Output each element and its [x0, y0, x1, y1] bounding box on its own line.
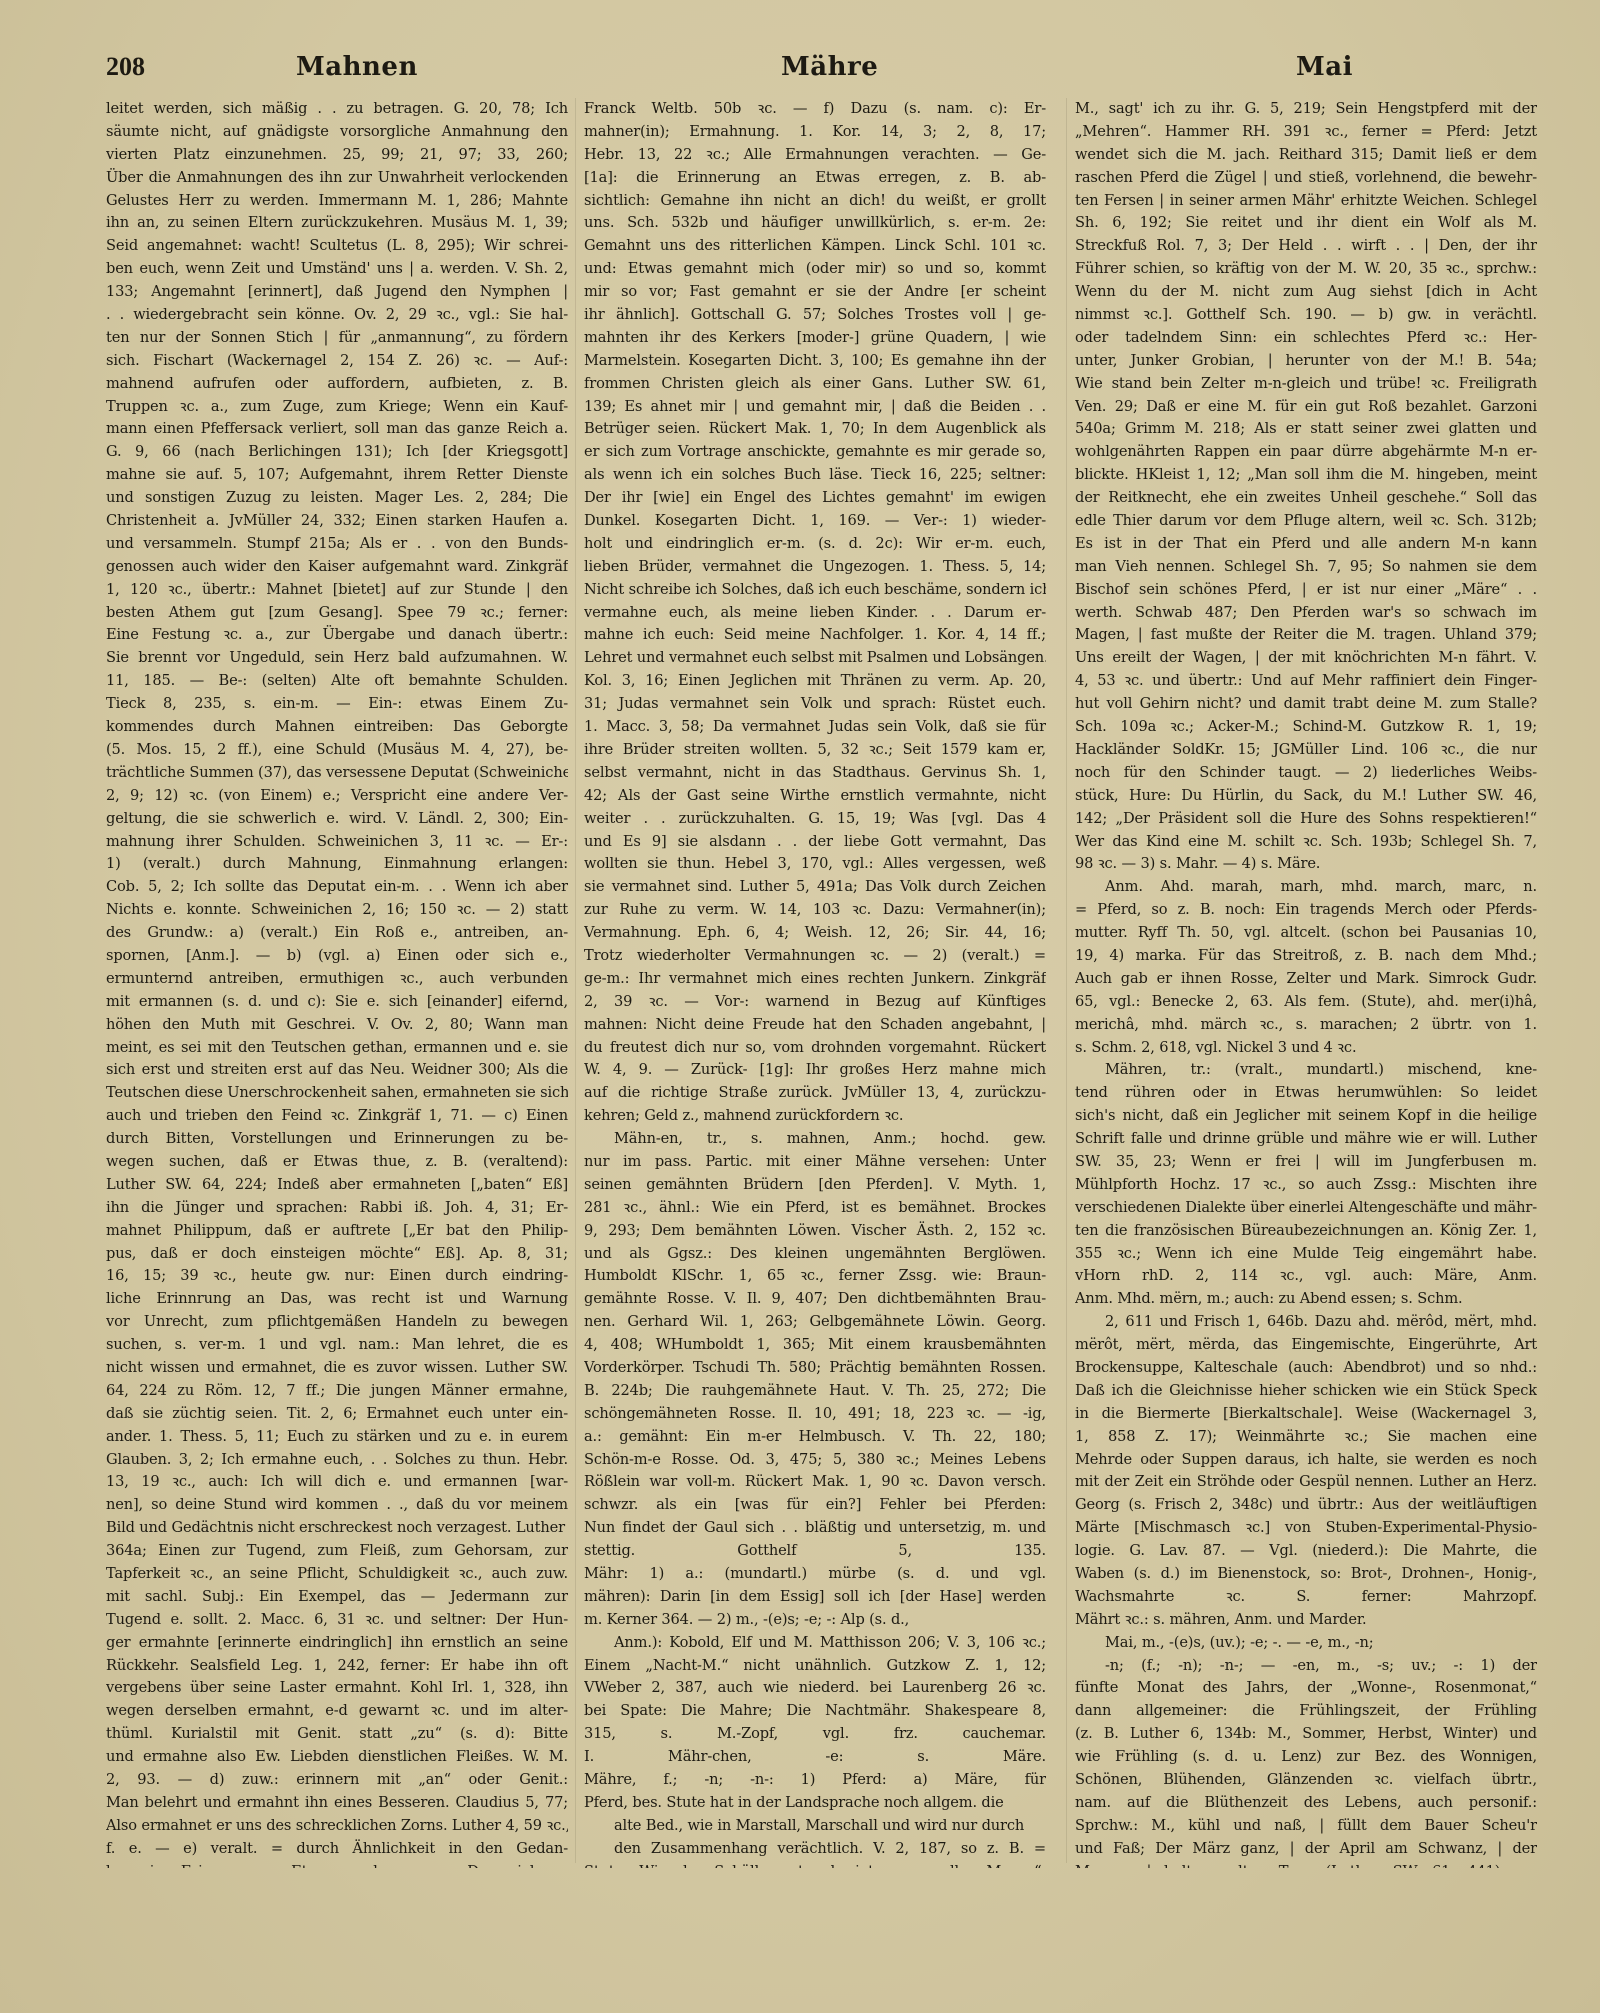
text-line: 13, 19 ꝛc., auch: Ich will dich e. und e…	[106, 1471, 568, 1494]
text-line: schöngemähneten Rosse. Il. 10, 491; 18, …	[584, 1403, 1046, 1426]
text-line: du freutest dich nur so, vom drohnden vo…	[584, 1037, 1046, 1060]
text-line: noch für den Schinder taugt. — 2) lieder…	[1075, 762, 1537, 785]
text-line: [1a]: die Erinnerung an Etwas erregen, z…	[584, 167, 1046, 190]
text-line: „Mehren“. Hammer RH. 391 ꝛc., ferner = P…	[1075, 121, 1537, 144]
text-line: M., sagt' ich zu ihr. G. 5, 219; Sein He…	[1075, 98, 1537, 121]
text-line: Wer das Kind eine M. schilt ꝛc. Sch. 193…	[1075, 831, 1537, 854]
text-line: a.: gemähnt: Ein m-er Helmbusch. V. Th. …	[584, 1426, 1046, 1449]
text-line: Waben (s. d.) im Bienenstock, so: Brot-,…	[1075, 1563, 1537, 1586]
text-line: mahne ich euch: Seid meine Nachfolger. 1…	[584, 624, 1046, 647]
column-middle: Franck Weltb. 50b ꝛc. — f) Dazu (s. nam.…	[584, 98, 1046, 1868]
text-line: wollten sie thun. Hebel 3, 170, vgl.: Al…	[584, 853, 1046, 876]
guide-word-right: Mai	[1296, 52, 1353, 82]
text-line: nam. auf die Blüthenzeit des Lebens, auc…	[1075, 1792, 1537, 1815]
text-line: nen], so deine Stund wird kommen . ., da…	[106, 1494, 568, 1517]
text-line: ge-m.: Ihr vermahnet mich eines rechten …	[584, 968, 1046, 991]
text-line: weiter . . zurückzuhalten. G. 15, 19; Wa…	[584, 808, 1046, 831]
text-line: und versammeln. Stumpf 215a; Als er . . …	[106, 533, 568, 556]
text-line: 355 ꝛc.; Wenn ich eine Mulde Teig eingem…	[1075, 1243, 1537, 1266]
text-line: Franck Weltb. 50b ꝛc. — f) Dazu (s. nam.…	[584, 98, 1046, 121]
text-line: mir so vor; Fast gemahnt er sie der Andr…	[584, 281, 1046, 304]
text-line: logie. G. Lav. 87. — Vgl. (niederd.): Di…	[1075, 1540, 1537, 1563]
text-line: in die Biermerte [Bierkaltschale]. Weise…	[1075, 1403, 1537, 1426]
guide-word-left: Mahnen	[296, 52, 418, 82]
text-line: . . wiedergebracht sein könne. Ov. 2, 29…	[106, 304, 568, 327]
text-line: m. Kerner 364. — 2) m., -(e)s; -e; -: Al…	[584, 1609, 1046, 1632]
text-line: und sonstigen Zuzug zu leisten. Mager Le…	[106, 487, 568, 510]
text-line: spornen, [Anm.]. — b) (vgl. a) Einen ode…	[106, 945, 568, 968]
text-line: Sprchw.: M., kühl und naß, | füllt dem B…	[1075, 1815, 1537, 1838]
text-line: säumte nicht, auf gnädigste vorsorgliche…	[106, 121, 568, 144]
text-line: Dunkel. Kosegarten Dicht. 1, 169. — Ver-…	[584, 510, 1046, 533]
column-gutter-2	[1066, 98, 1067, 1863]
text-line: wohlgenährten Rappen ein paar dürre abge…	[1075, 441, 1537, 464]
text-line: Bild und Gedächtnis nicht erschreckest n…	[106, 1517, 568, 1540]
text-line: Rückkehr. Sealsfield Leg. 1, 242, ferner…	[106, 1655, 568, 1678]
text-line: mërôt, mërt, mërda, das Eingemischte, Ei…	[1075, 1334, 1537, 1357]
text-line: seinen gemähnten Brüdern [den Pferden]. …	[584, 1174, 1046, 1197]
text-line: des Grundw.: a) (veralt.) Ein Roß e., an…	[106, 922, 568, 945]
dictionary-entry-headline: -n; (f.; -n); -n-; — -en, m., -s; uv.; -…	[1075, 1655, 1537, 1678]
text-line: daß sie züchtig seien. Tit. 2, 6; Ermahn…	[106, 1403, 568, 1426]
text-line: man Vieh nennen. Schlegel Sh. 7, 95; So …	[1075, 556, 1537, 579]
text-line: Gelustes Herr zu werden. Immermann M. 1,…	[106, 190, 568, 213]
text-line: merichâ, mhd. märch ꝛc., s. marachen; 2 …	[1075, 1014, 1537, 1037]
text-line: 142; „Der Präsident soll die Hure des So…	[1075, 808, 1537, 831]
text-line: sichtlich: Gemahne ihn nicht an dich! du…	[584, 190, 1046, 213]
text-line: hut voll Gehirn nicht? und damit trabt d…	[1075, 693, 1537, 716]
text-line: sie vermahnet sind. Luther 5, 491a; Das …	[584, 876, 1046, 899]
text-line: besten Athem gut [zum Gesang]. Spee 79 ꝛ…	[106, 602, 568, 625]
text-line: mit der Zeit ein Ströhde oder Gespül nen…	[1075, 1471, 1537, 1494]
text-line: G. 9, 66 (nach Berlichingen 131); Ich [d…	[106, 441, 568, 464]
text-line: und als Ggsz.: Des kleinen ungemähnten B…	[584, 1243, 1046, 1266]
dictionary-entry-headline: Anm.): Kobold, Elf und M. Matthisson 206…	[584, 1632, 1046, 1655]
text-line: Wie stand bein Zelter m-n-gleich und trü…	[1075, 373, 1537, 396]
text-line: 31; Judas vermahnet sein Volk und sprach…	[584, 693, 1046, 716]
text-line: 19, 4) marka. Für das Streitroß, z. B. n…	[1075, 945, 1537, 968]
text-line: Tieck 8, 235, s. ein-m. — Ein-: etwas Ei…	[106, 693, 568, 716]
dictionary-entry-headline: alte Bed., wie in Marstall, Marschall un…	[584, 1815, 1046, 1838]
text-line: fünfte Monat des Jahrs, der „Wonne-, Ros…	[1075, 1677, 1537, 1700]
text-line: Schönen, Blühenden, Glänzenden ꝛc. vielf…	[1075, 1769, 1537, 1792]
text-line: Sch. 109a ꝛc.; Acker-M.; Schind-M. Gutzk…	[1075, 716, 1537, 739]
text-line: Betrüger seien. Rückert Mak. 1, 70; In d…	[584, 418, 1046, 441]
text-line: Vorderkörper. Tschudi Th. 580; Prächtig …	[584, 1357, 1046, 1380]
text-line: frommen Christen gleich als einer Gans. …	[584, 373, 1046, 396]
text-line: mähren): Darin [in dem Essig] soll ich […	[584, 1586, 1046, 1609]
text-line: nicht wissen und ermahnet, die es zuvor …	[106, 1357, 568, 1380]
text-line: Ven. 29; Daß er eine M. für ein gut Roß …	[1075, 396, 1537, 419]
text-line: f. e. — e) veralt. = durch Ähnlichkeit i…	[106, 1838, 568, 1861]
text-line: Schrift falle und drinne grüble und mähr…	[1075, 1128, 1537, 1151]
text-line: 2, 39 ꝛc. — Vor-: warnend in Bezug auf K…	[584, 991, 1046, 1014]
text-line: mahne sie auf. 5, 107; Aufgemahnt, ihrem…	[106, 464, 568, 487]
text-line: ihn die Jünger und sprachen: Rabbi iß. J…	[106, 1197, 568, 1220]
text-line: VWeber 2, 387, auch wie niederd. bei Lau…	[584, 1677, 1046, 1700]
dictionary-entry-headline: Mai, m., -(e)s, (uv.); -e; -. — -e, m., …	[1075, 1632, 1537, 1655]
text-line: mahnten ihr des Kerkers [moder-] grüne Q…	[584, 327, 1046, 350]
text-line: werth. Schwab 487; Den Pferden war's so …	[1075, 602, 1537, 625]
text-line: 315, s. M.-Zopf, vgl. frz. cauchemar.	[584, 1723, 1046, 1746]
dictionary-entry-headline: Mähren, tr.: (vralt., mundartl.) mischen…	[1075, 1059, 1537, 1082]
text-line: Nun findet der Gaul sich . . bläßtig und…	[584, 1517, 1046, 1540]
text-line: liche Erinnrung an Das, was recht ist un…	[106, 1288, 568, 1311]
text-line: ten die französischen Büreaubezeichnunge…	[1075, 1220, 1537, 1243]
column-gutter-1	[575, 98, 576, 1863]
text-line: unter, Junker Grobian, | herunter von de…	[1075, 350, 1537, 373]
text-line: sich. Fischart (Wackernagel 2, 154 Z. 26…	[106, 350, 568, 373]
text-line: blickte. HKleist 1, 12; „Man soll ihm di…	[1075, 464, 1537, 487]
text-line: 1) (veralt.) durch Mahnung, Einmahnung e…	[106, 853, 568, 876]
text-line: Truppen ꝛc. a., zum Zuge, zum Kriege; We…	[106, 396, 568, 419]
column-left: leitet werden, sich mäßig . . zu betrage…	[106, 98, 568, 1868]
text-line: trächtliche Summen (37), das versessene …	[106, 762, 568, 785]
text-line: Humboldt KlSchr. 1, 65 ꝛc., ferner Zssg.…	[584, 1265, 1046, 1288]
text-line: Stute: Wie der Schälhengst schreiet gege…	[584, 1861, 1046, 1868]
text-line: Mähr: 1) a.: (mundartl.) mürbe (s. d. un…	[584, 1563, 1046, 1586]
text-line: wegen suchen, daß er Etwas thue, z. B. (…	[106, 1151, 568, 1174]
text-line: selbst vermahnt, nicht in das Stadthaus.…	[584, 762, 1046, 785]
text-line: uns. Sch. 532b und häufiger unwillkürlic…	[584, 212, 1046, 235]
dictionary-entry-headline: 2, 611 und Frisch 1, 646b. Dazu ahd. mër…	[1075, 1311, 1537, 1334]
text-line: I. Mähr-chen, -e: s. Märe.	[584, 1746, 1046, 1769]
text-line: Cob. 5, 2; Ich sollte das Deputat ein-m.…	[106, 876, 568, 899]
text-line: Über die Anmahnungen des ihn zur Unwahrh…	[106, 167, 568, 190]
text-line: Sh. 6, 192; Sie reitet und ihr dient ein…	[1075, 212, 1537, 235]
text-line: 4, 53 ꝛc. und übertr.: Und auf Mehr raff…	[1075, 670, 1537, 693]
text-line: 2, 9; 12) ꝛc. (von Einem) e.; Verspricht…	[106, 785, 568, 808]
text-line: mit ermannen (s. d. und c): Sie e. sich …	[106, 991, 568, 1014]
text-line: ander. 1. Thess. 5, 11; Euch zu stärken …	[106, 1426, 568, 1449]
text-line: stück, Hure: Du Hürlin, du Sack, du M.! …	[1075, 785, 1537, 808]
text-line: oder tadelndem Sinn: ein schlechtes Pfer…	[1075, 327, 1537, 350]
text-line: M. neu | halten selten Treu (Luther SW. …	[1075, 1861, 1537, 1868]
text-line: Mähre, f.; -n; -n-: 1) Pferd: a) Märe, f…	[584, 1769, 1046, 1792]
text-line: 1, 120 ꝛc., übertr.: Mahnet [bietet] auf…	[106, 579, 568, 602]
text-line: kommendes durch Mahnen eintreiben: Das G…	[106, 716, 568, 739]
text-line: 16, 15; 39 ꝛc., heute gw. nur: Einen dur…	[106, 1265, 568, 1288]
text-line: 2, 93. — d) zuw.: erinnern mit „an“ oder…	[106, 1769, 568, 1792]
text-line: holt und eindringlich er-m. (s. d. 2c): …	[584, 533, 1046, 556]
text-line: Georg (s. Frisch 2, 348c) und übrtr.: Au…	[1075, 1494, 1537, 1517]
dictionary-entry-headline: Mähn-en, tr., s. mahnen, Anm.; hochd. ge…	[584, 1128, 1046, 1151]
text-line: Mehrde oder Suppen daraus, ich halte, si…	[1075, 1449, 1537, 1472]
text-line: Brockensuppe, Kalteschale (auch: Abendbr…	[1075, 1357, 1537, 1380]
text-line: Pferd, bes. Stute hat in der Landsprache…	[584, 1792, 1046, 1815]
text-line: mahnend aufrufen oder auffordern, aufbie…	[106, 373, 568, 396]
text-line: mahnen: Nicht deine Freude hat den Schad…	[584, 1014, 1046, 1037]
text-line: (z. B. Luther 6, 134b: M., Sommer, Herbs…	[1075, 1723, 1537, 1746]
text-line: Hebr. 13, 22 ꝛc.; Alle Ermahnungen verac…	[584, 144, 1046, 167]
text-line: Hackländer SoldKr. 15; JGMüller Lind. 10…	[1075, 739, 1537, 762]
text-line: sich erst und streiten erst auf das Neu.…	[106, 1059, 568, 1082]
text-line: Anm. Mhd. mërn, m.; auch: zu Abend essen…	[1075, 1288, 1537, 1311]
text-line: genossen auch wider den Kaiser aufgemahn…	[106, 556, 568, 579]
text-line: zur Ruhe zu verm. W. 14, 103 ꝛc. Dazu: V…	[584, 899, 1046, 922]
text-line: s. Schm. 2, 618, vgl. Nickel 3 und 4 ꝛc.	[1075, 1037, 1537, 1060]
text-line: Tapferkeit ꝛc., an seine Pflicht, Schuld…	[106, 1563, 568, 1586]
text-line: mann einen Pfeffersack verliert, soll ma…	[106, 418, 568, 441]
text-line: Der ihr [wie] ein Engel des Lichtes gema…	[584, 487, 1046, 510]
text-line: tend rühren oder in Etwas herumwühlen: S…	[1075, 1082, 1537, 1105]
text-line: Mährt ꝛc.: s. mähren, Anm. und Marder.	[1075, 1609, 1537, 1632]
text-line: vHorn rhD. 2, 114 ꝛc., vgl. auch: Märe, …	[1075, 1265, 1537, 1288]
text-line: leitet werden, sich mäßig . . zu betrage…	[106, 98, 568, 121]
running-header: 208 Mahnen Mähre Mai	[106, 52, 1546, 92]
text-line: SW. 35, 23; Wenn er frei | will im Jungf…	[1075, 1151, 1537, 1174]
guide-word-center: Mähre	[781, 52, 878, 82]
text-line: ten nur der Sonnen Stich | für „anmannun…	[106, 327, 568, 350]
text-line: Auch gab er ihnen Rosse, Zelter und Mark…	[1075, 968, 1537, 991]
text-line: Nichts e. konnte. Schweinichen 2, 16; 15…	[106, 899, 568, 922]
text-line: = Pferd, so z. B. noch: Ein tragends Mer…	[1075, 899, 1537, 922]
text-line: und Es 9] sie alsdann . . der liebe Gott…	[584, 831, 1046, 854]
text-line: und: Etwas gemahnt mich (oder mir) so un…	[584, 258, 1046, 281]
text-line: wendet sich die M. jach. Reithard 315; D…	[1075, 144, 1537, 167]
text-line: 133; Angemahnt [erinnert], daß Jugend de…	[106, 281, 568, 304]
column-right: M., sagt' ich zu ihr. G. 5, 219; Sein He…	[1075, 98, 1537, 1868]
text-line: suchen, s. ver-m. 1 und vgl. nam.: Man l…	[106, 1334, 568, 1357]
text-line: auf die richtige Straße zurück. JvMüller…	[584, 1082, 1046, 1105]
text-line: kehren; Geld z., mahnend zurückfordern ꝛ…	[584, 1105, 1046, 1128]
text-line: Schön-m-e Rosse. Od. 3, 475; 5, 380 ꝛc.;…	[584, 1449, 1046, 1472]
text-line: 4, 408; WHumboldt 1, 365; Mit einem krau…	[584, 1334, 1046, 1357]
text-line: Mühlpforth Hochz. 17 ꝛc., so auch Zssg.:…	[1075, 1174, 1537, 1197]
text-line: und Faß; Der März ganz, | der April am S…	[1075, 1838, 1537, 1861]
text-line: schwzr. als ein [was für ein?] Fehler be…	[584, 1494, 1046, 1517]
dictionary-entry-headline: Anm. Ahd. marah, marh, mhd. march, marc,…	[1075, 876, 1537, 899]
text-line: 1, 858 Z. 17); Weinmährte ꝛc.; Sie mache…	[1075, 1426, 1537, 1449]
text-line: vierten Platz einzunehmen. 25, 99; 21, 9…	[106, 144, 568, 167]
text-line: 64, 224 zu Röm. 12, 7 ff.; Die jungen Mä…	[106, 1380, 568, 1403]
text-line: W. 4, 9. — Zurück- [1g]: Ihr großes Herz…	[584, 1059, 1046, 1082]
text-line: Kol. 3, 16; Einen Jeglichen mit Thränen …	[584, 670, 1046, 693]
text-line: 364a; Einen zur Tugend, zum Fleiß, zum G…	[106, 1540, 568, 1563]
text-line: sich's nicht, daß ein Jeglicher mit sein…	[1075, 1105, 1537, 1128]
text-line: Lehret und vermahnet euch selbst mit Psa…	[584, 647, 1046, 670]
text-line: pus, daß er doch einsteigen möchte“ Eß].…	[106, 1243, 568, 1266]
text-line: Tugend e. sollt. 2. Macc. 6, 31 ꝛc. und …	[106, 1609, 568, 1632]
text-line: ihre Brüder streiten wollten. 5, 32 ꝛc.;…	[584, 739, 1046, 762]
text-line: verschiedenen Dialekte über einerlei Alt…	[1075, 1197, 1537, 1220]
text-line: edle Thier darum vor dem Pfluge altern, …	[1075, 510, 1537, 533]
text-line: (5. Mos. 15, 2 ff.), eine Schuld (Musäus…	[106, 739, 568, 762]
text-line: auch und trieben den Feind ꝛc. Zinkgräf …	[106, 1105, 568, 1128]
text-line: 9, 293; Dem bemähnten Löwen. Vischer Äst…	[584, 1220, 1046, 1243]
text-line: bei Spate: Die Mahre; Die Nachtmähr. Sha…	[584, 1700, 1046, 1723]
text-line: ger ermahnte [erinnerte eindringlich] ih…	[106, 1632, 568, 1655]
text-line: nimmst ꝛc.]. Gotthelf Sch. 190. — b) gw.…	[1075, 304, 1537, 327]
text-line: meint, es sei mit den Teutschen gethan, …	[106, 1037, 568, 1060]
dictionary-entry-headline: den Zusammenhang verächtlich. V. 2, 187,…	[584, 1838, 1046, 1861]
text-line: Bischof sein schönes Pferd, | er ist nur…	[1075, 579, 1537, 602]
text-line: als wenn ich ein solches Buch läse. Tiec…	[584, 464, 1046, 487]
text-line: Teutschen diese Unerschrockenheit sahen,…	[106, 1082, 568, 1105]
text-line: thüml. Kurialstil mit Genit. statt „zu“ …	[106, 1723, 568, 1746]
text-line: Sie brennt vor Ungeduld, sein Herz bald …	[106, 647, 568, 670]
text-line: Wenn du der M. nicht zum Aug siehst [dic…	[1075, 281, 1537, 304]
text-line: 540a; Grimm M. 218; Als er statt seiner …	[1075, 418, 1537, 441]
text-line: Streckfuß Rol. 7, 3; Der Held . . wirft …	[1075, 235, 1537, 258]
text-line: stettig. Gotthelf 5, 135.	[584, 1540, 1046, 1563]
text-line: Nicht schreibe ich Solches, daß ich euch…	[584, 579, 1046, 602]
text-line: wegen derselben ermahnt, e-d gewarnt ꝛc.…	[106, 1700, 568, 1723]
text-line: vergebens über seine Laster ermahnt. Koh…	[106, 1677, 568, 1700]
text-line: vermahne euch, als meine lieben Kinder. …	[584, 602, 1046, 625]
text-line: Führer schien, so kräftig von der M. W. …	[1075, 258, 1537, 281]
text-line: Man belehrt und ermahnt ihn eines Besser…	[106, 1792, 568, 1815]
text-line: nur im pass. Partic. mit einer Mähne ver…	[584, 1151, 1046, 1174]
text-line: 281 ꝛc., ähnl.: Wie ein Pferd, ist es be…	[584, 1197, 1046, 1220]
text-line: 139; Es ahnet mir | und gemahnt mir, | d…	[584, 396, 1046, 419]
text-line: Glauben. 3, 2; Ich ermahne euch, . . Sol…	[106, 1449, 568, 1472]
text-line: durch Bitten, Vorstellungen und Erinneru…	[106, 1128, 568, 1151]
text-line: Einem „Nacht-M.“ nicht unähnlich. Gutzko…	[584, 1655, 1046, 1678]
text-line: Uns ereilt der Wagen, | der mit knöchric…	[1075, 647, 1537, 670]
text-line: 98 ꝛc. — 3) s. Mahr. — 4) s. Märe.	[1075, 853, 1537, 876]
text-line: Trotz wiederholter Vermahnungen ꝛc. — 2)…	[584, 945, 1046, 968]
text-line: und ermahne also Ew. Liebden dienstliche…	[106, 1746, 568, 1769]
text-line: Wachsmahrte ꝛc. S. ferner: Mahrzopf.	[1075, 1586, 1537, 1609]
text-line: Seid angemahnet: wacht! Scultetus (L. 8,…	[106, 235, 568, 258]
text-line: höhen den Muth mit Geschrei. V. Ov. 2, 8…	[106, 1014, 568, 1037]
text-line: ken eine Erinnrung an Etwas wecken, ge-m…	[106, 1861, 568, 1868]
text-line: dann allgemeiner: die Frühlingszeit, der…	[1075, 1700, 1537, 1723]
text-line: 42; Als der Gast seine Wirthe ernstlich …	[584, 785, 1046, 808]
text-line: ihn an, zu seinen Eltern zurückzukehren.…	[106, 212, 568, 235]
text-line: geltung, die sie schwerlich e. wird. V. …	[106, 808, 568, 831]
text-line: mutter. Ryff Th. 50, vgl. altcelt. (scho…	[1075, 922, 1537, 945]
text-line: Christenheit a. JvMüller 24, 332; Einen …	[106, 510, 568, 533]
text-line: ihr ähnlich]. Gottschall G. 57; Solches …	[584, 304, 1046, 327]
text-line: vor Unrecht, zum pflichtgemäßen Handeln …	[106, 1311, 568, 1334]
text-line: mahner(in); Ermahnung. 1. Kor. 14, 3; 2,…	[584, 121, 1046, 144]
text-line: Eine Festung ꝛc. a., zur Übergabe und da…	[106, 624, 568, 647]
text-line: nen. Gerhard Wil. 1, 263; Gelbgemähnete …	[584, 1311, 1046, 1334]
text-line: mit sachl. Subj.: Ein Exempel, das — Jed…	[106, 1586, 568, 1609]
page-number: 208	[106, 52, 145, 82]
text-line: 11, 185. — Be-: (selten) Alte oft bemahn…	[106, 670, 568, 693]
text-line: 1. Macc. 3, 58; Da vermahnet Judas sein …	[584, 716, 1046, 739]
text-line: Märte [Mischmasch ꝛc.] von Stuben-Experi…	[1075, 1517, 1537, 1540]
text-line: er sich zum Vortrage anschickte, gemahnt…	[584, 441, 1046, 464]
text-line: raschen Pferd die Zügel | und stieß, vor…	[1075, 167, 1537, 190]
text-line: B. 224b; Die rauhgemähnete Haut. V. Th. …	[584, 1380, 1046, 1403]
text-line: Magen, | fast mußte der Reiter die M. tr…	[1075, 624, 1537, 647]
text-line: wie Frühling (s. d. u. Lenz) zur Bez. de…	[1075, 1746, 1537, 1769]
text-line: ten Fersen | in seiner armen Mähr' erhit…	[1075, 190, 1537, 213]
text-line: Rößlein war voll-m. Rückert Mak. 1, 90 ꝛ…	[584, 1471, 1046, 1494]
text-line: Vermahnung. Eph. 6, 4; Weish. 12, 26; Si…	[584, 922, 1046, 945]
text-line: mahnet Philippum, daß er auftrete [„Er b…	[106, 1220, 568, 1243]
text-line: Gemahnt uns des ritterlichen Kämpen. Lin…	[584, 235, 1046, 258]
text-line: der Reitknecht, ehe ein zweites Unheil g…	[1075, 487, 1537, 510]
text-line: 65, vgl.: Benecke 2, 63. Als fem. (Stute…	[1075, 991, 1537, 1014]
text-line: Marmelstein. Kosegarten Dicht. 3, 100; E…	[584, 350, 1046, 373]
text-line: mahnung ihrer Schulden. Schweinichen 3, …	[106, 831, 568, 854]
text-line: lieben Brüder, vermahnet die Ungezogen. …	[584, 556, 1046, 579]
text-line: Daß ich die Gleichnisse hieher schicken …	[1075, 1380, 1537, 1403]
text-line: Also ermahnet er uns des schrecklichen Z…	[106, 1815, 568, 1838]
text-line: ermunternd antreiben, ermuthigen ꝛc., au…	[106, 968, 568, 991]
text-line: ben euch, wenn Zeit und Umständ' uns | a…	[106, 258, 568, 281]
text-line: Luther SW. 64, 224; Indeß aber ermahnete…	[106, 1174, 568, 1197]
text-line: Es ist in der That ein Pferd und alle an…	[1075, 533, 1537, 556]
text-line: gemähnte Rosse. V. Il. 9, 407; Den dicht…	[584, 1288, 1046, 1311]
